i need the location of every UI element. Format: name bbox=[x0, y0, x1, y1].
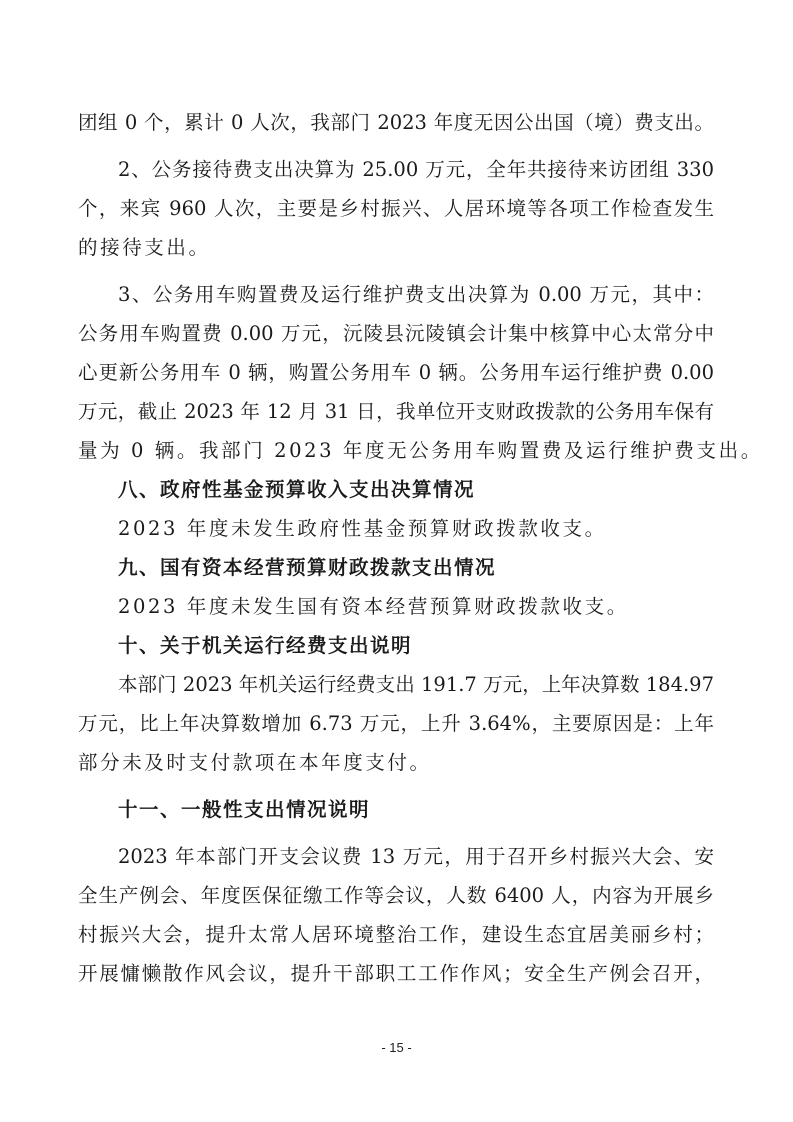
body-line: 3、公务用车购置费及运行维护费支出决算为 0.00 万元，其中： bbox=[78, 275, 714, 314]
body-line: 公务用车购置费 0.00 万元，沅陵县沅陵镇会计集中核算中心太常分中 bbox=[78, 314, 714, 353]
body-line: 2023 年度未发生国有资本经营预算财政拨款收支。 bbox=[78, 587, 714, 626]
body-line: 开展慵懒散作风会议，提升干部职工工作作风；安全生产例会召开， bbox=[78, 954, 714, 993]
body-line: 个，来宾 960 人次，主要是乡村振兴、人居环境等各项工作检查发生 bbox=[78, 189, 714, 228]
body-line: 全生产例会、年度医保征缴工作等会议，人数 6400 人，内容为开展乡 bbox=[78, 876, 714, 915]
body-line: 团组 0 个，累计 0 人次，我部门 2023 年度无因公出国（境）费支出。 bbox=[78, 103, 714, 142]
section-heading: 九、国有资本经营预算财政拨款支出情况 bbox=[78, 548, 714, 587]
section-heading: 十一、一般性支出情况说明 bbox=[78, 790, 714, 829]
section-heading: 八、政府性基金预算收入支出决算情况 bbox=[78, 470, 714, 509]
body-line: 部分未及时支付款项在本年度支付。 bbox=[78, 743, 714, 782]
body-line: 万元，比上年决算数增加 6.73 万元，上升 3.64%，主要原因是：上年 bbox=[78, 704, 714, 743]
body-line: 村振兴大会，提升太常人居环境整治工作，建设生态宜居美丽乡村； bbox=[78, 915, 714, 954]
body-line: 量为 0 辆。我部门 2023 年度无公务用车购置费及运行维护费支出。 bbox=[78, 431, 714, 470]
body-line: 2、公务接待费支出决算为 25.00 万元，全年共接待来访团组 330 bbox=[78, 150, 714, 189]
body-line: 本部门 2023 年机关运行经费支出 191.7 万元，上年决算数 184.97 bbox=[78, 665, 714, 704]
section-heading: 十、关于机关运行经费支出说明 bbox=[78, 626, 714, 665]
body-line: 2023 年本部门开支会议费 13 万元，用于召开乡村振兴大会、安 bbox=[78, 837, 714, 876]
body-line: 心更新公务用车 0 辆，购置公务用车 0 辆。公务用车运行维护费 0.00 bbox=[78, 353, 714, 392]
body-line: 的接待支出。 bbox=[78, 228, 714, 267]
body-line: 万元，截止 2023 年 12 月 31 日，我单位开支财政拨款的公务用车保有 bbox=[78, 392, 714, 431]
document-page: 团组 0 个，累计 0 人次，我部门 2023 年度无因公出国（境）费支出。 2… bbox=[78, 103, 714, 993]
page-number: - 15 - bbox=[0, 1040, 793, 1055]
body-line: 2023 年度未发生政府性基金预算财政拨款收支。 bbox=[78, 509, 714, 548]
